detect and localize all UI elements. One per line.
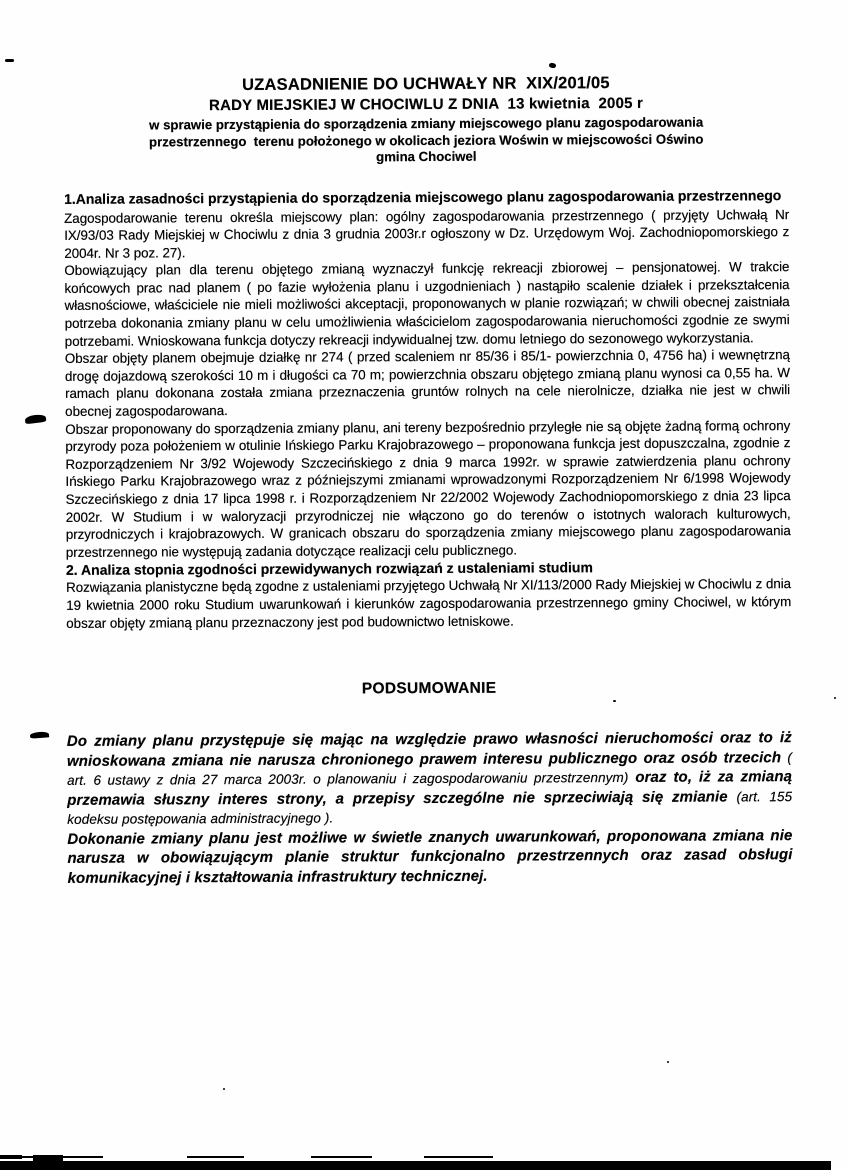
summary-heading: PODSUMOWANIE bbox=[67, 678, 792, 700]
scan-artifact-mark bbox=[25, 414, 47, 424]
summary-paragraph-1: Do zmiany planu przystępuje się mając na… bbox=[67, 728, 793, 829]
section-1-paragraph: Obowiązujący plan dla terenu objętego zm… bbox=[64, 258, 789, 350]
section-1-paragraph: Obszar proponowany do sporządzenia zmian… bbox=[65, 417, 791, 562]
section-1-paragraph: Zagospodarowanie terenu określa miejscow… bbox=[64, 206, 789, 263]
section-1-paragraph: Obszar objęty planem obejmuje działkę nr… bbox=[65, 346, 790, 420]
document-content: UZASADNIENIE DO UCHWAŁY NR XIX/201/05 RA… bbox=[63, 0, 793, 888]
scan-artifact-mark bbox=[30, 731, 49, 738]
scan-artifact-dot bbox=[667, 1061, 669, 1063]
scan-edge-segment bbox=[424, 1156, 493, 1158]
scanned-document-page: UZASADNIENIE DO UCHWAŁY NR XIX/201/05 RA… bbox=[0, 0, 848, 1170]
scan-artifact-dot bbox=[834, 697, 836, 699]
summary-paragraph-2: Dokonanie zmiany planu jest możliwe w św… bbox=[67, 826, 792, 888]
scan-edge-segment bbox=[187, 1156, 244, 1158]
scan-edge-segment bbox=[3, 1156, 103, 1158]
scan-artifact-dot bbox=[613, 700, 616, 702]
section-1-heading: 1.Analiza zasadności przystąpienia do sp… bbox=[64, 186, 789, 208]
scan-artifact-dash bbox=[5, 59, 14, 62]
section-2-paragraph: Rozwiązania planistyczne będą zgodne z u… bbox=[66, 575, 791, 632]
summary-text: Do zmiany planu przystępuje się mając na… bbox=[67, 729, 792, 769]
scan-artifact-dot bbox=[223, 1088, 225, 1090]
scan-edge-bar bbox=[0, 1161, 831, 1170]
document-header: UZASADNIENIE DO UCHWAŁY NR XIX/201/05 RA… bbox=[63, 72, 788, 167]
scan-edge-segment bbox=[311, 1156, 372, 1158]
